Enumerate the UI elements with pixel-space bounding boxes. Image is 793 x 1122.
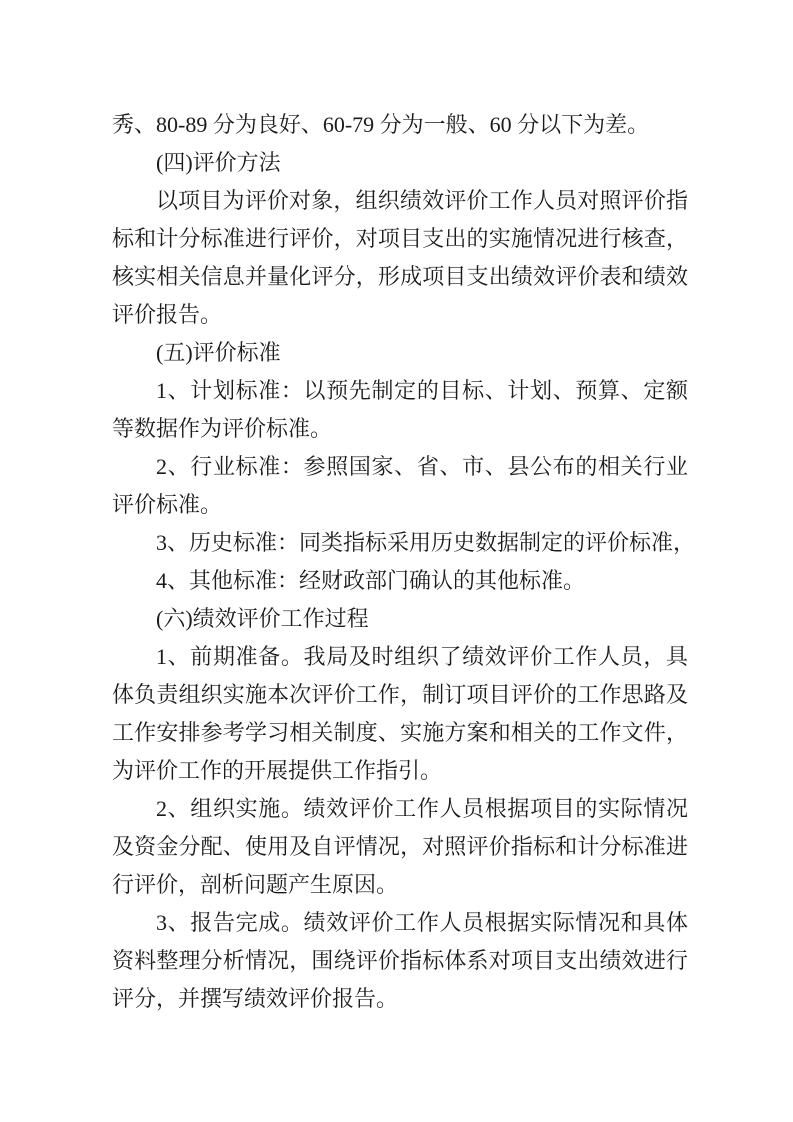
text-block: 秀、80-89 分为良好、60-79 分为一般、60 分以下为差。(四)评价方法… [112,106,688,1018]
body-paragraph: 3、报告完成。绩效评价工作人员根据实际情况和具体资料整理分析情况，围绕评价指标体… [112,904,688,1018]
body-paragraph: 1、计划标准：以预先制定的目标、计划、预算、定额等数据作为评价标准。 [112,372,688,448]
list-item-paragraph: 3、历史标准：同类指标采用历史数据制定的评价标准， [112,524,688,562]
paragraph-continuation: 秀、80-89 分为良好、60-79 分为一般、60 分以下为差。 [112,106,688,144]
body-paragraph: 以项目为评价对象，组织绩效评价工作人员对照评价指标和计分标准进行评价，对项目支出… [112,182,688,334]
section-heading: (四)评价方法 [112,144,688,182]
body-paragraph: 1、前期准备。我局及时组织了绩效评价工作人员，具体负责组织实施本次评价工作，制订… [112,638,688,790]
section-heading: (五)评价标准 [112,334,688,372]
document-page: 秀、80-89 分为良好、60-79 分为一般、60 分以下为差。(四)评价方法… [0,0,793,1122]
body-paragraph: 2、行业标准：参照国家、省、市、县公布的相关行业评价标准。 [112,448,688,524]
body-paragraph: 2、组织实施。绩效评价工作人员根据项目的实际情况及资金分配、使用及自评情况，对照… [112,790,688,904]
body-paragraph: 4、其他标准：经财政部门确认的其他标准。 [112,562,688,600]
section-heading: (六)绩效评价工作过程 [112,600,688,638]
